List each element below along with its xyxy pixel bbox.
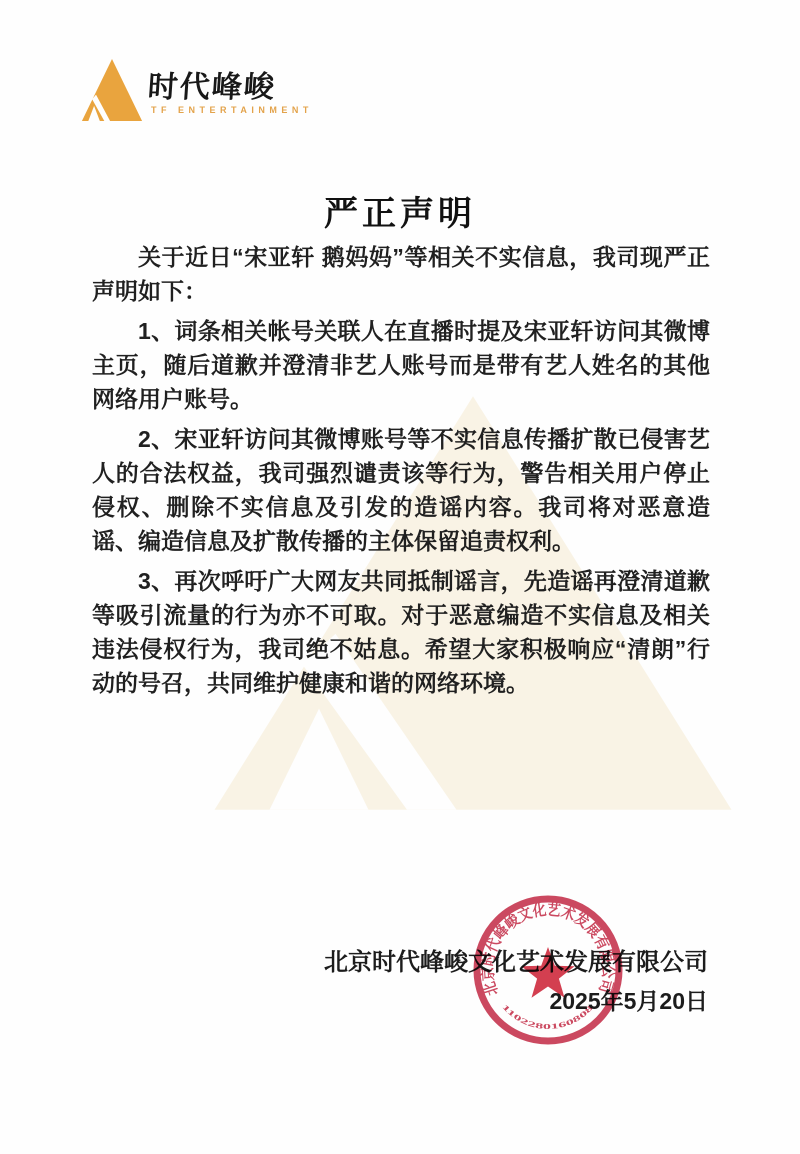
brand-name: 时代峰峻 — [146, 62, 277, 106]
statement-title: 严正声明 — [0, 186, 800, 235]
company-seal: 北京时代峰峻文化艺术发展有限公司 1102280160808 — [468, 890, 628, 1050]
brand-subtitle: TF ENTERTAINMENT — [151, 105, 313, 115]
statement-paragraph-1: 1、词条相关帐号关联人在直播时提及宋亚轩访问其微博主页，随后道歉并澄清非艺人账号… — [92, 314, 710, 416]
statement-body: 关于近日“宋亚轩 鹅妈妈”等相关不实信息，我司现严正声明如下： 1、词条相关帐号… — [92, 240, 710, 706]
statement-document: 时代峰峻 TF ENTERTAINMENT 严正声明 关于近日“宋亚轩 鹅妈妈”… — [0, 0, 800, 1154]
statement-paragraph-3: 3、再次呼吁广大网友共同抵制谣言，先造谣再澄清道歉等吸引流量的行为亦不可取。对于… — [92, 564, 710, 700]
statement-intro: 关于近日“宋亚轩 鹅妈妈”等相关不实信息，我司现严正声明如下： — [92, 240, 710, 308]
company-logo-icon — [80, 57, 144, 123]
statement-paragraph-2: 2、宋亚轩访问其微博账号等不实信息传播扩散已侵害艺人的合法权益，我司强烈谴责该等… — [92, 422, 710, 558]
seal-serial-number: 1102280160808 — [500, 1002, 595, 1031]
seal-star-icon — [521, 947, 574, 998]
letterhead: 时代峰峻 TF ENTERTAINMENT — [0, 0, 800, 160]
